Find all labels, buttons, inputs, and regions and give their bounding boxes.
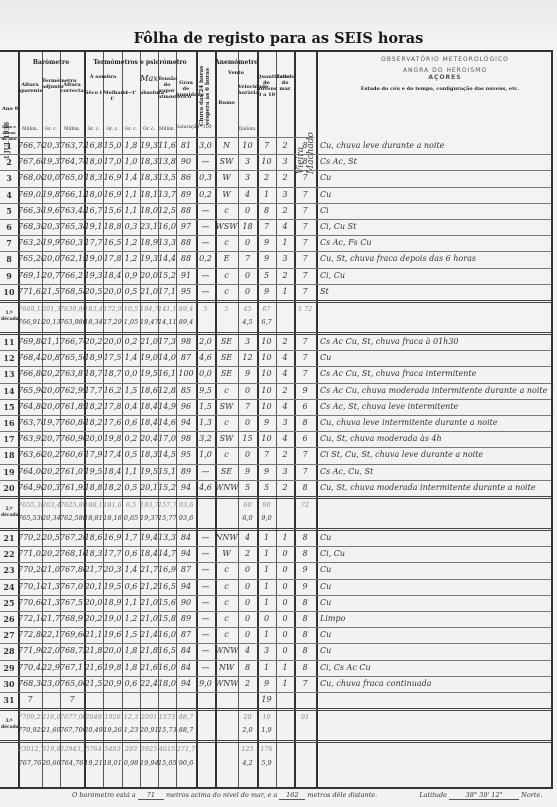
day-number: 29 <box>0 660 18 676</box>
cell-rumo: SE <box>215 350 238 366</box>
cell-alt-cor: 767,80 <box>60 562 84 578</box>
cell-tensao: 14,0 <box>158 350 176 366</box>
cell-seco: 18,0 <box>84 187 103 203</box>
cell-rumo: c <box>215 627 238 643</box>
decade-mean: 767,700 <box>60 726 84 734</box>
header-chuva: Chuva das 24 horas véspera às 6 horas <box>199 58 211 134</box>
cell-molh: 19,8 <box>103 660 122 676</box>
cell-mar: 0 <box>276 627 294 643</box>
cell-rumo: c <box>215 235 238 251</box>
cell-hum: 97 <box>176 219 196 235</box>
cell-tensao: 13,5 <box>158 170 176 186</box>
cell-nuv: 1 <box>257 530 276 546</box>
decade-sum: 7639,86 <box>60 305 84 313</box>
cell-hum: 89 <box>176 611 196 627</box>
cell-vel: 2 <box>238 676 257 692</box>
cell-extra: 7 <box>294 366 316 382</box>
remark-text: Ci, Cu <box>316 546 557 562</box>
cell-alt-cor: 760,84 <box>60 415 84 431</box>
barometer-distance: 162 <box>279 791 305 800</box>
cell-max: 18,4 <box>140 415 158 431</box>
barometer-height: 71 <box>138 791 164 800</box>
cell-alt-ap: 764,80 <box>18 399 42 415</box>
cell-mar: 0 <box>276 579 294 595</box>
barometer-mid: metros acima do nivel do mar, e a <box>166 791 277 799</box>
day-number: 27 <box>0 627 18 643</box>
table-row: 16763,7019,7760,8418,217,60,618,414,6941… <box>0 415 553 431</box>
cell-vel: 12 <box>238 350 257 366</box>
cell-mar: 1 <box>276 676 294 692</box>
cell-max: 21,0 <box>140 611 158 627</box>
remark-text: Ci, Cu <box>316 268 557 284</box>
month-mean: 90,6 <box>176 759 196 767</box>
table-row: 7763,2019,9760,3117,716,51,218,913,388—c… <box>0 235 553 251</box>
cell-tensao: 16,1 <box>158 366 176 382</box>
cell-seco: 21,8 <box>84 643 103 659</box>
cell-vel: 5 <box>238 480 257 496</box>
cell-diff: 0,5 <box>122 447 140 463</box>
decade-sum: 1573 <box>158 713 176 721</box>
cell-chuva: 0,2 <box>196 251 215 267</box>
cell-extra: 8 <box>294 415 316 431</box>
cell-vel: 9 <box>238 366 257 382</box>
cell-seco: 19,1 <box>84 219 103 235</box>
header-absoluta: absoluta <box>140 90 158 96</box>
cell-nuv: 7 <box>257 219 276 235</box>
cell-hum: 89 <box>176 464 196 480</box>
unit-label: Quilóm. <box>238 127 257 132</box>
cell-max: 18,3 <box>140 154 158 170</box>
cell-chuva: 0,0 <box>196 366 215 382</box>
cell-molh: 16,2 <box>103 383 122 399</box>
remark-text: Cu <box>316 562 557 578</box>
day-number: 28 <box>0 643 18 659</box>
decade-mean: 19,26 <box>103 726 122 734</box>
month-mean: 15,05 <box>158 759 176 767</box>
cell-alt-cor: 763,87 <box>60 366 84 382</box>
cell-rumo: SE <box>215 366 238 382</box>
decade-sum: 20 <box>238 713 257 721</box>
cell-alt-ap: 772,80 <box>18 627 42 643</box>
cell-vel: 0 <box>238 203 257 219</box>
cell-chuva: — <box>196 643 215 659</box>
remark-text: Cu <box>316 579 557 595</box>
decade-sum: 5 72 <box>294 305 316 313</box>
cell-extra: 7 <box>294 187 316 203</box>
cell-extra: 7 <box>294 219 316 235</box>
remark-text: Cs Ac, Cu, St <box>316 464 557 480</box>
cell-nuv: 1 <box>257 187 276 203</box>
monthly-summary-row: 23012,70767,76619,820,6622943,34764,7657… <box>0 742 553 772</box>
cell-tensao: 18,0 <box>158 676 176 692</box>
decade-sum: 88,7 <box>176 713 196 721</box>
cell-chuva: — <box>196 546 215 562</box>
cell-nuv: 1 <box>257 546 276 562</box>
cell-chuva: 9,0 <box>196 676 215 692</box>
unit-label: Millim. <box>18 127 42 132</box>
table-row: 29770,4522,9767,1721,619,81,821,616,084—… <box>0 660 553 676</box>
cell-vel: 3 <box>238 334 257 350</box>
cell-diff: 0,9 <box>122 268 140 284</box>
cell-alt-ap: 768,30 <box>18 676 42 692</box>
day-number: 1 <box>0 138 18 154</box>
decade-sum: 2049 <box>84 713 103 721</box>
cell-extra: 8 <box>294 530 316 546</box>
cell-vel: 2 <box>238 546 257 562</box>
cell-alt-ap: 766,70 <box>18 138 42 154</box>
cell-vel: 15 <box>238 431 257 447</box>
cell-hum: 88 <box>176 203 196 219</box>
cell-max: 18,9 <box>140 235 158 251</box>
cell-max: 21,4 <box>140 627 158 643</box>
cell-diff: 1,1 <box>122 187 140 203</box>
table-row: 317719 <box>0 692 553 708</box>
cell-tensao: 16,0 <box>158 660 176 676</box>
month-mean: 0,98 <box>122 759 140 767</box>
decade-sum: 157,7 <box>158 501 176 509</box>
remark-text: Cu, St, chuva moderada intermitente dura… <box>316 480 557 496</box>
cell-molh: 17,6 <box>103 415 122 431</box>
cell-mar: 2 <box>276 170 294 186</box>
cell-alt-ap: 769,05 <box>18 187 42 203</box>
cell-seco <box>84 692 103 708</box>
cell-molh: 20,0 <box>103 334 122 350</box>
cell-diff: 1,0 <box>122 154 140 170</box>
cell-diff: 1,2 <box>122 611 140 627</box>
day-number: 7 <box>0 235 18 251</box>
decade-summary-row: 3.ª década7709,25770,925216,021,607677,0… <box>0 710 553 740</box>
cell-mar: 2 <box>276 334 294 350</box>
cell-alt-ap: 765,90 <box>18 383 42 399</box>
table-row: 26772,1021,7768,9720,219,01,221,015,889—… <box>0 611 553 627</box>
cell-seco: 20,2 <box>84 611 103 627</box>
cell-molh: 15,6 <box>103 203 122 219</box>
cell-alt-cor: 766,15 <box>60 187 84 203</box>
cell-extra: 7 <box>294 170 316 186</box>
cell-molh: 18,7 <box>103 366 122 382</box>
cell-alt-ap: 763,20 <box>18 235 42 251</box>
cell-mar: 4 <box>276 219 294 235</box>
cell-hum: 84 <box>176 643 196 659</box>
cell-chuva: — <box>196 611 215 627</box>
cell-diff: 0,6 <box>122 676 140 692</box>
header-anemometro: Anemómetro <box>215 60 257 66</box>
decade-mean: 18,16 <box>103 514 122 522</box>
cell-extra: 6 <box>294 431 316 447</box>
cell-extra: 7 <box>294 334 316 350</box>
decade-sum: 12,3 <box>122 713 140 721</box>
month-mean: 764,76 <box>60 759 84 767</box>
cell-tensao: 17,1 <box>158 284 176 300</box>
cell-max: 18,0 <box>140 203 158 219</box>
day-number: 25 <box>0 595 18 611</box>
cell-mar: 0 <box>276 562 294 578</box>
cell-seco: 18,6 <box>84 530 103 546</box>
cell-nuv: 10 <box>257 154 276 170</box>
cell-seco: 19,0 <box>84 251 103 267</box>
decade-sum: 7677,00 <box>60 713 84 721</box>
cell-chuva: — <box>196 660 215 676</box>
cell-max: 18,6 <box>140 383 158 399</box>
table-row: 4769,0519,8766,1518,016,91,118,113,7890,… <box>0 187 553 203</box>
barometer-suffix: metros dêle distante. <box>307 791 377 799</box>
day-number: 14 <box>0 383 18 399</box>
cell-diff: 1,4 <box>122 350 140 366</box>
cell-hum: 98 <box>176 431 196 447</box>
cell-tensao: 13,7 <box>158 187 176 203</box>
cell-tensao: 15,1 <box>158 464 176 480</box>
decade-label: 1.ª década <box>1 311 17 323</box>
table-row: 9769,1520,7766,2119,318,40,920,015,291—c… <box>0 268 553 284</box>
cell-nuv: 1 <box>257 579 276 595</box>
cell-vel: 7 <box>238 399 257 415</box>
cell-molh: 17,0 <box>103 154 122 170</box>
header-vento: Vento <box>215 70 257 76</box>
cell-rumo: E <box>215 251 238 267</box>
cell-diff: 1,4 <box>122 170 140 186</box>
cell-nuv: 9 <box>257 464 276 480</box>
cell-seco: 20,0 <box>84 595 103 611</box>
cell-nuv: 9 <box>257 676 276 692</box>
cell-tensao: 15,6 <box>158 595 176 611</box>
unit-label: Saturação=100 <box>176 125 196 130</box>
cell-molh <box>103 692 122 708</box>
cell-rumo: c <box>215 268 238 284</box>
cell-mar: 4 <box>276 399 294 415</box>
day-number: 31 <box>0 692 18 708</box>
day-number: 10 <box>0 284 18 300</box>
cell-tensao: 16,9 <box>158 562 176 578</box>
cell-term: 20,0 <box>42 170 60 186</box>
day-number: 11 <box>0 334 18 350</box>
cell-alt-cor: 765,00 <box>60 676 84 692</box>
cell-term: 19,6 <box>42 203 60 219</box>
header-barometro: Barómetro <box>18 60 84 66</box>
cell-vel: 4 <box>238 187 257 203</box>
cell-molh: 16,9 <box>103 530 122 546</box>
decade-sum: 7655,30 <box>18 501 42 509</box>
cell-seco: 18,7 <box>84 366 103 382</box>
cell-chuva: 1,0 <box>196 447 215 463</box>
cell-chuva: 3,2 <box>196 431 215 447</box>
cell-molh: 17,8 <box>103 399 122 415</box>
decade-mean: 4,5 <box>238 318 257 326</box>
cell-nuv: 10 <box>257 431 276 447</box>
cell-term: 21,3 <box>42 579 60 595</box>
cell-rumo: WSW <box>215 219 238 235</box>
table-row: 30768,3023,0765,0021,520,90,622,418,0949… <box>0 676 553 692</box>
cell-nuv: 5 <box>257 480 276 496</box>
remark-text: Cu <box>316 350 557 366</box>
cell-vel: 8 <box>238 660 257 676</box>
cell-molh: 19,8 <box>103 431 122 447</box>
cell-rumo: NW <box>215 660 238 676</box>
cell-nuv: 0 <box>257 611 276 627</box>
decade-mean: 18,81 <box>84 514 103 522</box>
day-number: 4 <box>0 187 18 203</box>
cell-max: 21,0 <box>140 595 158 611</box>
cell-vel: 0 <box>238 235 257 251</box>
cell-extra: 8 <box>294 660 316 676</box>
cell-term: 20,0 <box>42 399 60 415</box>
cell-alt-cor: 769,60 <box>60 627 84 643</box>
decade-mean: 9,0 <box>257 514 276 522</box>
cell-vel <box>238 692 257 708</box>
cell-term: 19,9 <box>42 235 60 251</box>
remark-text: Cu, chuva fraca continuada <box>316 676 557 692</box>
decade-sum: 7709,25 <box>18 713 42 721</box>
cell-term: 19,3 <box>42 154 60 170</box>
header-a-sombra: À sombra <box>84 74 122 80</box>
remark-text: Ci <box>316 203 557 219</box>
decade-mean: 89,4 <box>176 318 196 326</box>
cell-max: 19,3 <box>140 251 158 267</box>
cell-nuv: 3 <box>257 643 276 659</box>
cell-extra: 8 <box>294 480 316 496</box>
cell-term <box>42 692 60 708</box>
decade-sum: 7625,88 <box>60 501 84 509</box>
remark-text: Ci, Cs Ac Cu <box>316 660 557 676</box>
cell-mar: 0 <box>276 611 294 627</box>
cell-chuva: 1,5 <box>196 399 215 415</box>
header-humidade: Grau de humidade <box>176 80 196 98</box>
table-row: 18763,6020,2760,6717,917,40,518,314,5951… <box>0 447 553 463</box>
cell-max: 19,3 <box>140 138 158 154</box>
cell-diff: 1,8 <box>122 660 140 676</box>
cell-diff: 1,7 <box>122 530 140 546</box>
month-mean: 20,66 <box>42 759 60 767</box>
cell-hum: 94 <box>176 480 196 496</box>
cell-rumo: c <box>215 447 238 463</box>
cell-rumo <box>215 692 238 708</box>
cell-molh: 18,2 <box>103 480 122 496</box>
cell-term: 21,1 <box>42 334 60 350</box>
cell-term: 20,2 <box>42 464 60 480</box>
cell-chuva: 0,2 <box>196 187 215 203</box>
cell-diff: 1,1 <box>122 203 140 219</box>
day-number: 21 <box>0 530 18 546</box>
cell-extra: 7 <box>294 251 316 267</box>
cell-extra: 7 <box>294 676 316 692</box>
remark-text: Limpo <box>316 611 557 627</box>
month-sum: 293 <box>122 745 140 753</box>
cell-hum: 90 <box>176 595 196 611</box>
cell-chuva: 4,6 <box>196 350 215 366</box>
cell-max: 21,0 <box>140 334 158 350</box>
decade-sum: 194,7 <box>140 305 158 313</box>
cell-mar: 2 <box>276 383 294 399</box>
decade-mean: 18,34 <box>84 318 103 326</box>
cell-vel: 0 <box>238 447 257 463</box>
decade-sum: 2091 <box>140 713 158 721</box>
cell-seco: 18,3 <box>84 170 103 186</box>
cell-mar: 3 <box>276 251 294 267</box>
cell-extra: 7 <box>294 350 316 366</box>
cell-hum: 95 <box>176 284 196 300</box>
cell-alt-ap: 763,70 <box>18 415 42 431</box>
latitude-suffix: Norte. <box>521 791 542 799</box>
cell-diff: 0,2 <box>122 431 140 447</box>
latitude-label: Latitude <box>419 791 447 799</box>
cell-diff: 1,1 <box>122 464 140 480</box>
cell-tensao: 14,6 <box>158 415 176 431</box>
cell-nuv: 8 <box>257 203 276 219</box>
cell-extra: 7 <box>294 268 316 284</box>
cell-seco: 20,1 <box>84 579 103 595</box>
cell-chuva <box>196 692 215 708</box>
remark-text: Cu <box>316 595 557 611</box>
barometer-prefix: O barómetro está a <box>72 791 136 799</box>
cell-max: 18,4 <box>140 399 158 415</box>
cell-max: 18,1 <box>140 187 158 203</box>
footer: O barómetro está a 71 metros acima do ni… <box>0 791 557 800</box>
remarks-header: Estado do céu e do tempo, configuração d… <box>330 86 550 92</box>
cell-molh: 15,0 <box>103 138 122 154</box>
decade-mean: 1,23 <box>122 726 140 734</box>
cell-diff: 0,0 <box>122 366 140 382</box>
stamp-line-3: AÇORES <box>355 74 535 81</box>
observatory-stamp: OBSERVATÓRIO METEOROLÓGICO ANGRA DO HERO… <box>355 56 535 81</box>
decade-sum: 216,0 <box>42 713 60 721</box>
remark-text: Cs Ac Cu, chuva moderada intermitente du… <box>316 383 557 399</box>
cell-rumo: W <box>215 170 238 186</box>
cell-tensao: 14,5 <box>158 447 176 463</box>
cell-term: 20,3 <box>42 138 60 154</box>
register-table: Barómetro Altura aparente Termómetro adj… <box>0 50 553 789</box>
cell-diff: 1,1 <box>122 595 140 611</box>
cell-diff <box>122 692 140 708</box>
cell-term: 20,3 <box>42 219 60 235</box>
cell-seco: 18,2 <box>84 399 103 415</box>
cell-hum: 95 <box>176 447 196 463</box>
cell-alt-cor: 765,38 <box>60 219 84 235</box>
cell-nuv: 10 <box>257 350 276 366</box>
cell-molh: 16,9 <box>103 187 122 203</box>
decade-sum: 91 <box>294 713 316 721</box>
cell-nuv: 1 <box>257 562 276 578</box>
decade-mean: 15,73 <box>158 726 176 734</box>
cell-tensao: 14,4 <box>158 251 176 267</box>
header-nuvens: Quantidade de nuvens 0 a 10 <box>257 74 276 98</box>
cell-hum: 98 <box>176 334 196 350</box>
unit-label: Millim. <box>60 127 84 132</box>
decade-sum: 72 <box>294 501 316 509</box>
cell-diff: 0,4 <box>122 399 140 415</box>
cell-mar: 2 <box>276 268 294 284</box>
decade-mean: 1,05 <box>122 318 140 326</box>
cell-rumo: WNW <box>215 480 238 496</box>
cell-hum: 100 <box>176 366 196 382</box>
header-mar: Estado do mar <box>276 74 294 92</box>
cell-alt-ap: 770,10 <box>18 579 42 595</box>
table-row: 19764,0020,2761,0719,518,41,119,515,189—… <box>0 464 553 480</box>
month-sum: 619,8 <box>42 745 60 753</box>
cell-molh: 16,9 <box>103 170 122 186</box>
decade-sum: 193,7 <box>140 501 158 509</box>
cell-alt-cor: 7 <box>60 692 84 708</box>
cell-vel: 10 <box>238 138 257 154</box>
cell-seco: 18,3 <box>84 546 103 562</box>
day-number: 8 <box>0 251 18 267</box>
remark-text <box>316 692 557 708</box>
cell-max: 20,1 <box>140 480 158 496</box>
cell-mar: 4 <box>276 366 294 382</box>
cell-tensao: 16,5 <box>158 579 176 595</box>
cell-max: 19,0 <box>140 350 158 366</box>
decade-mean: 2,0 <box>238 726 257 734</box>
decade-mean: 20,13 <box>42 318 60 326</box>
cell-alt-cor: 764,74 <box>60 154 84 170</box>
